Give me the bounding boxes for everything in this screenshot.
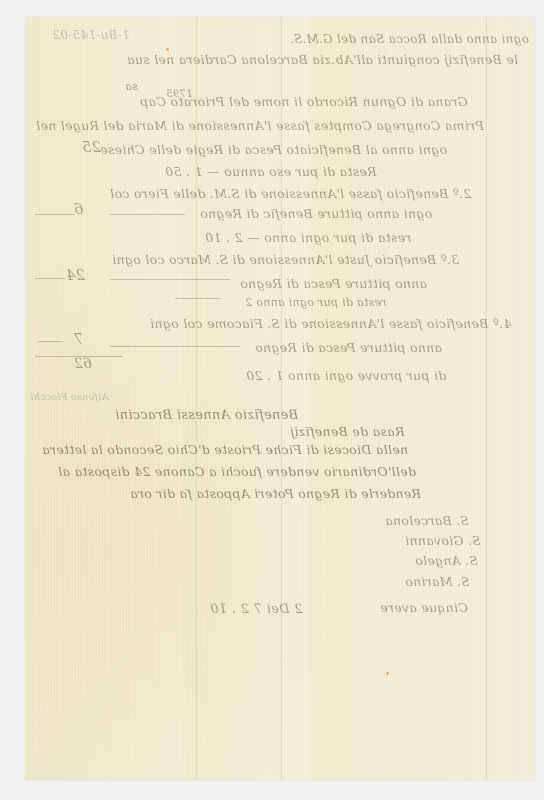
margin-amount: 6 bbox=[74, 200, 84, 218]
paper-fold bbox=[485, 17, 488, 780]
notes-line: dell'Ordinario vendere fuochi a Canone 2… bbox=[58, 464, 416, 479]
notes-line: Renderle di Regno Poteri Apposta fa dir … bbox=[130, 486, 421, 501]
ink-spot bbox=[166, 48, 169, 51]
body-line: anno pitture Pesca di Regno bbox=[240, 276, 427, 291]
list-item: S. Marino bbox=[405, 574, 470, 589]
header-line: sa bbox=[125, 80, 138, 93]
list-item: Cinque avere bbox=[380, 600, 468, 615]
margin-note: Alfonso Fiocchi bbox=[30, 392, 109, 403]
header-line: le Benefizij congiunti all'Ab.zia Barcel… bbox=[58, 52, 518, 67]
body-line: Prima Congrega Comptes fasse l'Annession… bbox=[36, 118, 484, 133]
body-line: di pur provve ogni anno 1 . 20 bbox=[246, 368, 446, 383]
notes-line: nella Diocesi di Fiche Prioste d'Chio Se… bbox=[42, 442, 408, 457]
body-line: 2.º Beneficio fasse l'Annessione di S.M.… bbox=[110, 186, 471, 201]
body-line: 4.º Beneficio fasse l'Annessione di S. F… bbox=[150, 316, 511, 331]
margin-amount: 24 bbox=[66, 266, 85, 284]
ledger-rule bbox=[110, 279, 230, 280]
ink-spot bbox=[386, 672, 389, 675]
body-line: Resta di pur eso annuo — 1 . 50 bbox=[165, 164, 377, 179]
ledger-rule bbox=[175, 298, 220, 299]
body-line: resta di pur ogni anno — 2 . 10 bbox=[205, 230, 411, 245]
margin-total: 62 bbox=[74, 356, 92, 372]
body-line: anno pitture Pesca di Regno bbox=[255, 340, 442, 355]
section-heading: Benefizio Annessi Braccini bbox=[115, 408, 298, 423]
header-line: ogni anno dalla Rocca San del G.M.S. bbox=[290, 32, 529, 46]
footer-total: 2 Dei 7 2 . 10 bbox=[210, 602, 303, 617]
ledger-rule bbox=[110, 214, 185, 215]
body-line: ogni anno al Beneficiato Pesca di Regie … bbox=[100, 142, 447, 157]
body-line: resta di pur ogni anno 2 bbox=[245, 296, 387, 309]
list-item: S. Barcelona bbox=[385, 513, 469, 528]
body-line: 3.º Beneficio Juste l'Annessione di S. M… bbox=[112, 252, 459, 267]
ledger-rule bbox=[35, 278, 65, 279]
ledger-rule bbox=[35, 214, 75, 215]
list-item: S. Angelo bbox=[415, 553, 478, 568]
margin-amount: 25 bbox=[82, 138, 101, 156]
notes-line: Rasa de Benefizij bbox=[290, 424, 405, 439]
list-item: S. Giovanni bbox=[405, 533, 481, 548]
archive-reference: 1-Bu-145-02 bbox=[52, 28, 130, 42]
ledger-rule bbox=[110, 346, 240, 347]
margin-amount: 7 bbox=[74, 330, 84, 348]
ledger-rule bbox=[38, 341, 63, 342]
header-line: Grana di Ognun Ricordo li nome del Prior… bbox=[140, 94, 468, 109]
body-line: ogni anno pitture Benefic di Regno bbox=[200, 206, 432, 221]
